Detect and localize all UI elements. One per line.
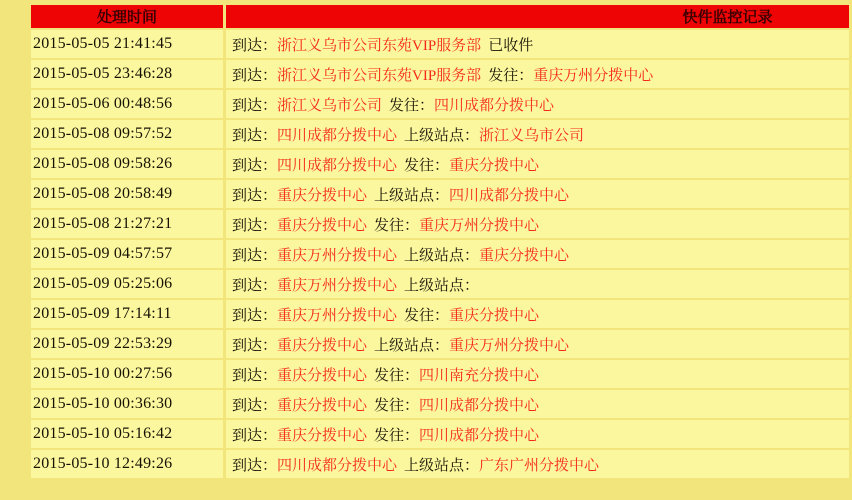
action-label: 发往：	[404, 158, 449, 174]
arrive-label: 到达：	[232, 338, 277, 354]
header-cell-process-time: 处理时间	[31, 5, 223, 28]
row-monitor-record: 到达：重庆分拨中心发往：四川成都分拨中心	[226, 390, 849, 418]
table-row: 2015-05-10 00:36:30 到达：重庆分拨中心发往：四川成都分拨中心	[31, 390, 849, 418]
action-location: 重庆分拨中心	[449, 158, 539, 174]
row-process-time: 2015-05-09 17:14:11	[31, 300, 223, 328]
row-process-time: 2015-05-06 00:48:56	[31, 90, 223, 118]
row-monitor-record: 到达：重庆分拨中心上级站点：重庆万州分拨中心	[226, 330, 849, 358]
arrive-location: 四川成都分拨中心	[277, 128, 397, 144]
action-location: 四川南充分拨中心	[419, 368, 539, 384]
arrive-location: 浙江义乌市公司	[277, 98, 382, 114]
row-monitor-record: 到达：四川成都分拨中心发往：重庆分拨中心	[226, 150, 849, 178]
table-row: 2015-05-10 12:49:26 到达：四川成都分拨中心上级站点：广东广州…	[31, 450, 849, 478]
row-monitor-record: 到达：四川成都分拨中心上级站点：浙江义乌市公司	[226, 120, 849, 148]
table-row: 2015-05-09 22:53:29 到达：重庆分拨中心上级站点：重庆万州分拨…	[31, 330, 849, 358]
action-label: 上级站点：	[404, 458, 479, 474]
tracking-table: 处理时间 快件监控记录 2015-05-05 21:41:45 到达：浙江义乌市…	[28, 3, 852, 480]
table-row: 2015-05-05 23:46:28 到达：浙江义乌市公司东苑VIP服务部发往…	[31, 60, 849, 88]
table-row: 2015-05-10 00:27:56 到达：重庆分拨中心发往：四川南充分拨中心	[31, 360, 849, 388]
header-cell-monitor-record: 快件监控记录	[226, 5, 849, 28]
action-location: 浙江义乌市公司	[479, 128, 584, 144]
action-location: 四川成都分拨中心	[449, 188, 569, 204]
arrive-location: 重庆分拨中心	[277, 188, 367, 204]
action-location: 四川成都分拨中心	[419, 398, 539, 414]
row-monitor-record: 到达：重庆分拨中心上级站点：四川成都分拨中心	[226, 180, 849, 208]
arrive-location: 重庆分拨中心	[277, 428, 367, 444]
table-row: 2015-05-08 21:27:21 到达：重庆分拨中心发往：重庆万州分拨中心	[31, 210, 849, 238]
arrive-label: 到达：	[232, 68, 277, 84]
arrive-location: 重庆万州分拨中心	[277, 248, 397, 264]
action-label: 上级站点：	[404, 128, 479, 144]
arrive-label: 到达：	[232, 428, 277, 444]
action-location: 重庆分拨中心	[449, 308, 539, 324]
row-monitor-record: 到达：重庆万州分拨中心发往：重庆分拨中心	[226, 300, 849, 328]
row-process-time: 2015-05-08 09:58:26	[31, 150, 223, 178]
row-monitor-record: 到达：浙江义乌市公司东苑VIP服务部发往：重庆万州分拨中心	[226, 60, 849, 88]
row-monitor-record: 到达：重庆分拨中心发往：重庆万州分拨中心	[226, 210, 849, 238]
row-process-time: 2015-05-08 21:27:21	[31, 210, 223, 238]
row-monitor-record: 到达：重庆分拨中心发往：四川南充分拨中心	[226, 360, 849, 388]
table-row: 2015-05-08 09:57:52 到达：四川成都分拨中心上级站点：浙江义乌…	[31, 120, 849, 148]
action-label: 上级站点：	[404, 278, 479, 294]
row-process-time: 2015-05-05 21:41:45	[31, 30, 223, 58]
row-monitor-record: 到达：重庆万州分拨中心上级站点：	[226, 270, 849, 298]
header-row: 处理时间 快件监控记录	[31, 5, 849, 28]
table-row: 2015-05-06 00:48:56 到达：浙江义乌市公司发往：四川成都分拨中…	[31, 90, 849, 118]
arrive-location: 四川成都分拨中心	[277, 158, 397, 174]
arrive-label: 到达：	[232, 398, 277, 414]
action-label: 上级站点：	[374, 188, 449, 204]
arrive-location: 重庆分拨中心	[277, 218, 367, 234]
row-process-time: 2015-05-09 04:57:57	[31, 240, 223, 268]
action-location: 重庆万州分拨中心	[449, 338, 569, 354]
row-process-time: 2015-05-10 00:36:30	[31, 390, 223, 418]
arrive-label: 到达：	[232, 248, 277, 264]
action-label: 发往：	[374, 218, 419, 234]
arrive-label: 到达：	[232, 128, 277, 144]
arrive-label: 到达：	[232, 218, 277, 234]
row-process-time: 2015-05-08 09:57:52	[31, 120, 223, 148]
table-row: 2015-05-08 09:58:26 到达：四川成都分拨中心发往：重庆分拨中心	[31, 150, 849, 178]
row-process-time: 2015-05-10 00:27:56	[31, 360, 223, 388]
row-process-time: 2015-05-05 23:46:28	[31, 60, 223, 88]
tracking-table-header: 处理时间 快件监控记录	[31, 5, 849, 28]
action-label: 发往：	[374, 398, 419, 414]
arrive-label: 到达：	[232, 38, 277, 54]
action-label: 发往：	[404, 308, 449, 324]
action-label: 发往：	[374, 368, 419, 384]
arrive-location: 重庆分拨中心	[277, 398, 367, 414]
arrive-location: 重庆万州分拨中心	[277, 308, 397, 324]
row-process-time: 2015-05-10 12:49:26	[31, 450, 223, 478]
table-row: 2015-05-10 05:16:42 到达：重庆分拨中心发往：四川成都分拨中心	[31, 420, 849, 448]
arrive-label: 到达：	[232, 368, 277, 384]
action-label: 发往：	[374, 428, 419, 444]
arrive-location: 浙江义乌市公司东苑VIP服务部	[277, 38, 481, 54]
action-location: 广东广州分拨中心	[479, 458, 599, 474]
table-row: 2015-05-09 17:14:11 到达：重庆万州分拨中心发往：重庆分拨中心	[31, 300, 849, 328]
action-location: 重庆万州分拨中心	[533, 68, 653, 84]
arrive-label: 到达：	[232, 458, 277, 474]
action-label: 已收件	[488, 38, 533, 54]
arrive-label: 到达：	[232, 158, 277, 174]
arrive-location: 重庆分拨中心	[277, 338, 367, 354]
table-row: 2015-05-09 05:25:06 到达：重庆万州分拨中心上级站点：	[31, 270, 849, 298]
row-monitor-record: 到达：重庆分拨中心发往：四川成都分拨中心	[226, 420, 849, 448]
row-process-time: 2015-05-09 05:25:06	[31, 270, 223, 298]
action-label: 上级站点：	[404, 248, 479, 264]
table-row: 2015-05-09 04:57:57 到达：重庆万州分拨中心上级站点：重庆分拨…	[31, 240, 849, 268]
arrive-location: 重庆分拨中心	[277, 368, 367, 384]
arrive-label: 到达：	[232, 98, 277, 114]
arrive-location: 四川成都分拨中心	[277, 458, 397, 474]
arrive-label: 到达：	[232, 308, 277, 324]
row-monitor-record: 到达：浙江义乌市公司东苑VIP服务部已收件	[226, 30, 849, 58]
arrive-location: 浙江义乌市公司东苑VIP服务部	[277, 68, 481, 84]
tracking-table-body: 2015-05-05 21:41:45 到达：浙江义乌市公司东苑VIP服务部已收…	[31, 30, 849, 478]
table-row: 2015-05-05 21:41:45 到达：浙江义乌市公司东苑VIP服务部已收…	[31, 30, 849, 58]
row-process-time: 2015-05-08 20:58:49	[31, 180, 223, 208]
arrive-label: 到达：	[232, 188, 277, 204]
action-location: 四川成都分拨中心	[419, 428, 539, 444]
row-process-time: 2015-05-10 05:16:42	[31, 420, 223, 448]
action-location: 重庆分拨中心	[479, 248, 569, 264]
action-location: 重庆万州分拨中心	[419, 218, 539, 234]
row-monitor-record: 到达：浙江义乌市公司发往：四川成都分拨中心	[226, 90, 849, 118]
table-row: 2015-05-08 20:58:49 到达：重庆分拨中心上级站点：四川成都分拨…	[31, 180, 849, 208]
row-monitor-record: 到达：四川成都分拨中心上级站点：广东广州分拨中心	[226, 450, 849, 478]
action-location: 四川成都分拨中心	[434, 98, 554, 114]
row-process-time: 2015-05-09 22:53:29	[31, 330, 223, 358]
action-label: 发往：	[389, 98, 434, 114]
row-monitor-record: 到达：重庆万州分拨中心上级站点：重庆分拨中心	[226, 240, 849, 268]
arrive-location: 重庆万州分拨中心	[277, 278, 397, 294]
action-label: 上级站点：	[374, 338, 449, 354]
arrive-label: 到达：	[232, 278, 277, 294]
action-label: 发往：	[488, 68, 533, 84]
